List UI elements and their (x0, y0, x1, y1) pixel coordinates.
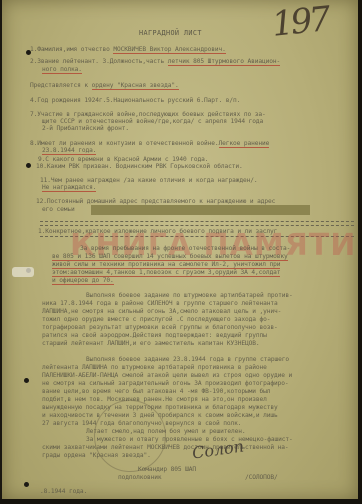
narrative-line: ратился на свой аэродром.Действия подтве… (42, 332, 267, 339)
field-prior-awards-value: Не награждался. (42, 184, 96, 191)
scan-edge (358, 0, 362, 504)
narrative-line: тожил одно орудие вместе с прислугой .С … (42, 316, 270, 323)
narrative-line: Выполняя боевое задание по штурмовке арт… (86, 292, 293, 299)
scan-edge (0, 499, 362, 504)
narrative-line: подбит,в нем тов. Москвичев ранен.Не смо… (42, 396, 267, 403)
paper-smudge (12, 267, 34, 277)
narrative-line: тографировал результат штурмовки всей гр… (42, 324, 278, 331)
narrative-line: не смотря на сильный заградительный огон… (42, 380, 289, 387)
narrative-line: вание цели,во время чего был атакован 4 … (42, 388, 270, 395)
field-name: 1.Фамилия,имя отчество МОСКВИЧЕВ Виктор … (30, 46, 226, 53)
field-rank: 2.Звание лейтенант. 3.Должность,часть ле… (30, 58, 280, 65)
field-prior-awards: 11.Чем ранее награжден /за какие отличия… (40, 177, 258, 184)
field-wounds: 8.Имеет ли ранения и контузии в отечеств… (30, 140, 269, 147)
narrative-line: За время пребывания на фронте отечествен… (80, 245, 290, 252)
narrative-line: скими захватчиками лейтенант МОСКВИЧЕВ д… (42, 444, 289, 451)
narrative-line: ПАЛЕНИШКИ-АБЕЛИ-ПАНЦА смелой атакой цели… (42, 372, 292, 379)
narrative-line: и офицеров до 70. (52, 277, 114, 285)
archive-number-handwritten: 197 (270, 0, 330, 45)
narrative-line: ЛАПШИНА,не смотря на сильный огонь ЗА,см… (42, 308, 281, 315)
seal-stamp (94, 400, 166, 472)
document-title: НАГРАДНОЙ ЛИСТ (139, 29, 202, 37)
signature-title: Командир 805 ШАП (138, 466, 196, 473)
field-service: 9.С какого времени в Красной Армии с 194… (38, 156, 208, 163)
narrative-line: живой силы и техники противника на самол… (52, 261, 280, 269)
narrative-line: ника 17.8.1944 года в районе СИЛЕНОЧ в г… (42, 300, 278, 307)
punch-hole (26, 163, 31, 168)
document-page: 197 НАГРАДНОЙ ЛИСТ 1.Фамилия,имя отчеств… (2, 0, 358, 500)
field-participation-3: 2-й Прибалтийский фронт. (42, 125, 129, 132)
narrative-line: Выполняя боевое задание 23.8.1944 года в… (86, 356, 289, 363)
signature-name: /СОЛОПОВ/ (245, 474, 278, 481)
punch-hole (24, 378, 29, 383)
narrative-line: вынужденную посадку на территории против… (42, 404, 278, 411)
field-participation: 7.Участие в гражданской войне,последующи… (30, 111, 266, 118)
narrative-line: лейтенанта ЛАПШИНА по штурмовке артбатар… (42, 364, 267, 371)
field-award: Представляется к ордену "Красная звезда"… (30, 82, 179, 89)
field-conscription: 10.Каким РВК призван. Воднинским РВК Гор… (36, 163, 243, 170)
field-wounds-cont: 23.8.1944 года. (42, 147, 96, 154)
narrative-line: ве 805 и 136 ШАП совершил 14 успешных бо… (52, 253, 288, 261)
signature-rank: подполковник (118, 474, 162, 481)
punch-hole (26, 50, 31, 55)
redacted-address (91, 205, 310, 215)
field-birth: 4.Год рождения 1924г.5.Национальность ру… (30, 97, 240, 104)
field-address: 12.Постоянный домашний адрес представляе… (36, 198, 275, 205)
field-rank-cont: ного полка. (42, 66, 82, 73)
narrative-line: этом:автомашин 4,танков 1,повозок с груз… (52, 269, 280, 277)
narrative-line: старший лейтенант ЛАПШИН,и его заместите… (42, 340, 260, 347)
punch-hole (24, 482, 29, 487)
divider (40, 225, 354, 226)
field-participation-2: щите СССР и отечественной войне/где,когд… (42, 118, 263, 125)
divider (40, 221, 354, 222)
document-date: .8.1944 года. (40, 488, 87, 495)
field-address-family: его семьи (42, 206, 75, 213)
